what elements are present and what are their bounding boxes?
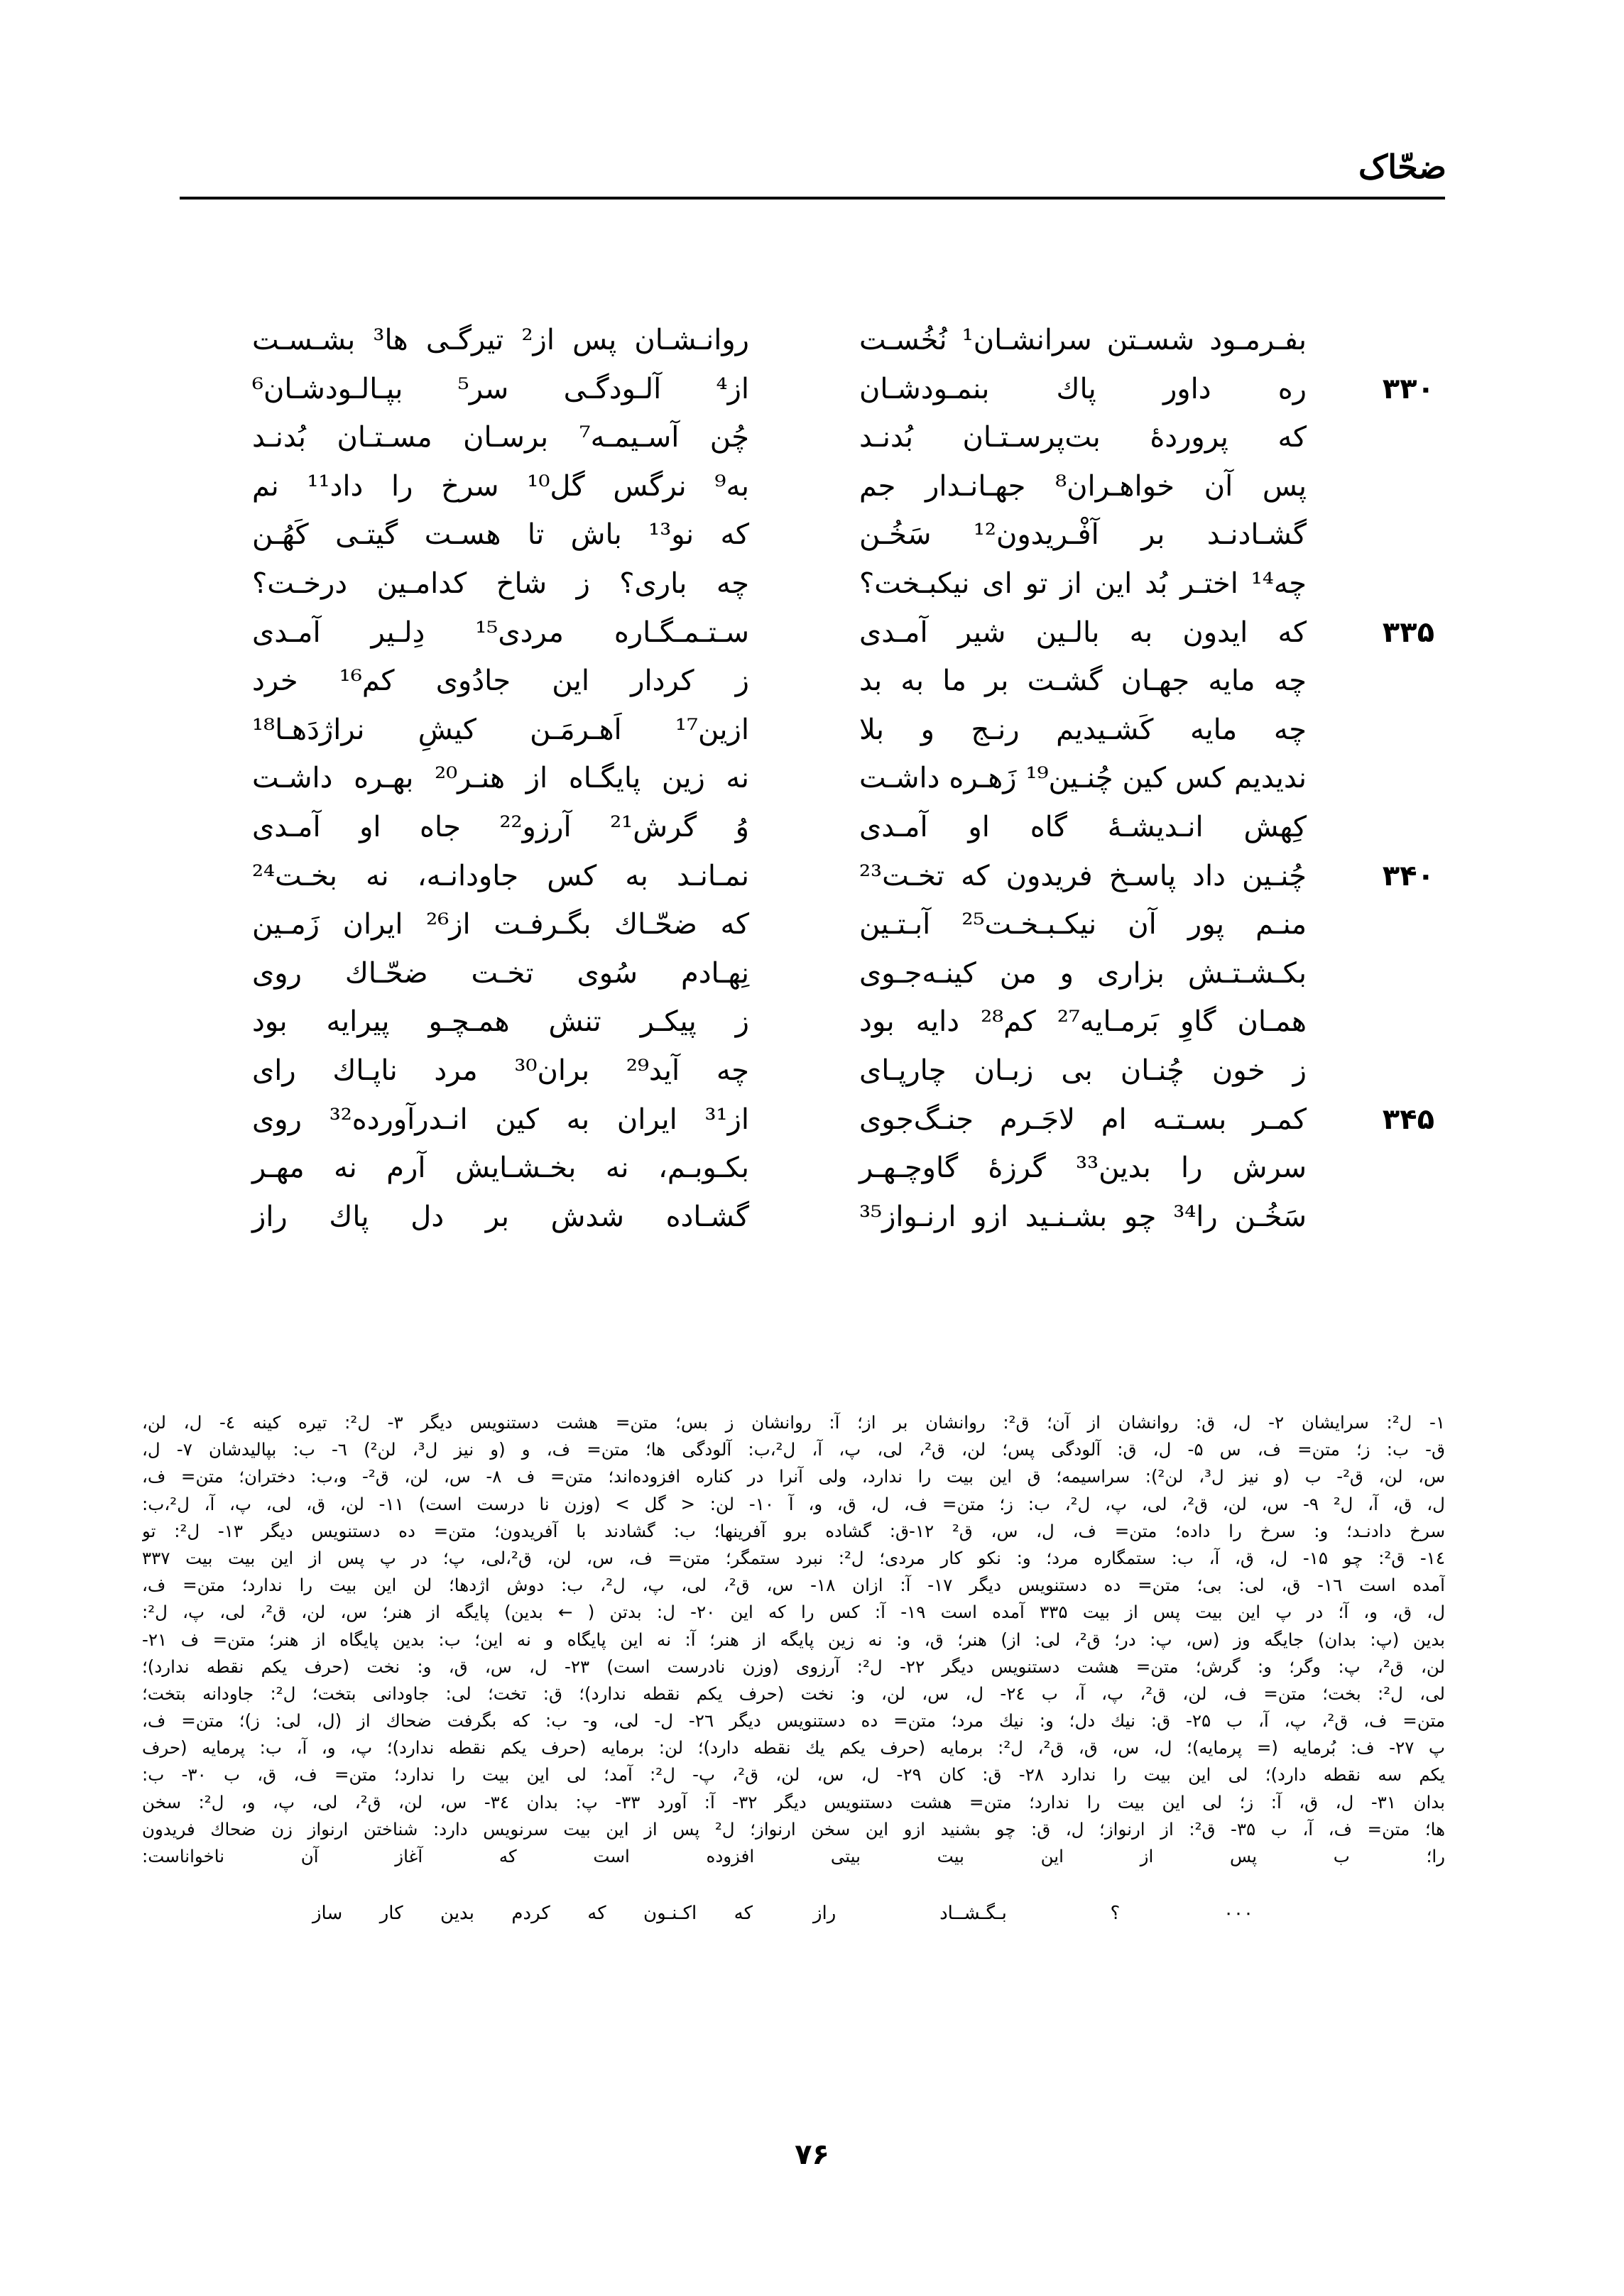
hemistich: چه¹⁴ اختـر بُد این از تو ای نیکبـخت؟ — [859, 559, 1307, 608]
hemistich: پس آن خواهـران⁸ جهـانـدار جم — [859, 462, 1307, 511]
footnote-line: ق- ب: ز؛ متن= ف، س ۵- ل، ق: آلودگی پس؛ ل… — [142, 1436, 1445, 1463]
footnote-line: لی، ل²: بخت؛ متن= ف، لن، ق²، پ، آ، ب ۲٤-… — [142, 1680, 1445, 1707]
footnote-line: ۱٤- ق²: چو ۱۵- ل، ق، آ، ب: ستمگاره مرد؛ … — [142, 1545, 1445, 1572]
footnote-line: ل، ق، آ، ل² ۹- س، لن، ق²، لی، پ، ل²، ب: … — [142, 1491, 1445, 1518]
hemistich: گشـادنـد بر آفْـریدون¹² سَخُـن — [859, 510, 1307, 559]
hemistich: بکـوبـم، نه بخـشـایش آرم نه مهـر — [252, 1144, 749, 1193]
hemistich: بفـرمـود شسـتن سرانشـان¹ نُخُسـت — [859, 316, 1307, 365]
hemistich: کِهش انـدیشـهٔ گاه او آمـدی — [859, 803, 1307, 852]
footnote-line — [142, 1870, 1445, 1897]
hemistich: که پروردهٔ بت‌پرسـتـان بُدنـد — [859, 413, 1307, 462]
footnote-added-verse: ۰۰۰ ؟ بـگـشــاد راز که اکـنـون که کردم ب… — [142, 1897, 1445, 1930]
footnote-line: پ ۲۷- ف: بُرمایه (= پرمایه)؛ ل، س، ق، ق²… — [142, 1734, 1445, 1761]
hemistich: ۳۴۵کمـر بسـتـه ام لاجَـرم جنـگ‌جوی — [859, 1095, 1307, 1144]
footnote-line: یکم سه نقطه دارد)؛ لی این بیت را ندارد ۲… — [142, 1761, 1445, 1788]
hemistich: همـان گاوِ بَرمـایه²⁷ کم²⁸ دایه بود — [859, 997, 1307, 1046]
running-header-title: ضحّاک — [1358, 146, 1446, 188]
page-number: ۷۶ — [0, 2138, 1624, 2171]
verse-number: ۳۴۰ — [1342, 852, 1434, 901]
verse-number: ۳۳۵ — [1342, 608, 1434, 657]
hemistich: چه مایه کَشـیدیم رنـج و بلا — [859, 706, 1307, 755]
footnote-line: آمده است ۱٦- ق، لی: بی؛ متن= ده دستنویس … — [142, 1572, 1445, 1599]
footnote-line: بدین (پ: بدان) جایگه وز (س، پ: در؛ ق²، ل… — [142, 1627, 1445, 1653]
hemistich: ۳۴۰چُنـین داد پاسـخ فریدون که تخـت²³ — [859, 852, 1307, 901]
hemistich: ۳۳۵که ایدون به بالـین شیر آمـدی — [859, 608, 1307, 657]
hemistich: ۳۳۰ره داور پاك بنمـودشـان — [859, 365, 1307, 414]
verse-column-left: روانـشـان پس از² تیرگـی ها³ بشـسـت از⁴ آ… — [252, 316, 749, 1241]
footnote-line: ۱- ل²: سرایشان ۲- ل، ق: روانشان از آن؛ ق… — [142, 1409, 1445, 1436]
hemistich: وُ گرش²¹ آرزو²² جاه او آمـدی — [252, 803, 749, 852]
hemistich: نه زین پایگـاه از هنـر²⁰ بهـره داشـت — [252, 754, 749, 803]
hemistich: نِهـادم سُوی تخـت ضحّـاك روی — [252, 949, 749, 998]
verse-number: ۳۳۰ — [1342, 365, 1434, 414]
hemistich: ندیدیم کس کین چُنـین¹⁹ زَهـره داشـت — [859, 754, 1307, 803]
header-rule — [180, 197, 1445, 199]
added-verse-second-hemistich: که اکـنـون که کردم بدین کار ساز — [312, 1897, 753, 1930]
footnote-line: متن= ف، ق²، پ، آ، ب ۲۵- ق: نیك دل؛ و: نی… — [142, 1707, 1445, 1734]
footnote-line: لن، ق²، پ: وگر؛ و: گرش؛ متن= هشت دستنویس… — [142, 1653, 1445, 1680]
book-page: ضحّاک بفـرمـود شسـتن سرانشـان¹ نُخُسـت ۳… — [0, 0, 1624, 2296]
hemistich: سَخُـن را³⁴ چو بشـنـید ازو ارنـواز³⁵ — [859, 1193, 1307, 1242]
footnote-line: را؛ ب پس از این بیت بیتی افزوده است که آ… — [142, 1843, 1445, 1870]
hemistich: نمـانـد به کس جاودانـه، نه بخـت²⁴ — [252, 852, 749, 901]
hemistich: چه باری؟ ز شاخ کدامـین درخـت؟ — [252, 559, 749, 608]
footnote-line: سرخ دادنـد؛ و: سرخ را داده؛ متن= ف، ل، س… — [142, 1518, 1445, 1545]
hemistich: بکـشـتـش بزاری و من کینـه‌جـوی — [859, 949, 1307, 998]
hemistich: که ضحّـاك بگـرفـت از²⁶ ایران زَمـین — [252, 900, 749, 949]
hemistich: به⁹ نرگس گل¹⁰ سرخ را داد¹¹ نم — [252, 462, 749, 511]
verse-column-right: بفـرمـود شسـتن سرانشـان¹ نُخُسـت ۳۳۰ره د… — [859, 316, 1307, 1241]
hemistich: ز خون چُنـان بی زبـان چارپـای — [859, 1046, 1307, 1095]
hemistich: ز کردار این جادُوی کم¹⁶ خرد — [252, 657, 749, 706]
verse-number: ۳۴۵ — [1342, 1095, 1434, 1144]
footnote-line: ل، ق، و، آ؛ در پ این بیت پس از بیت ۳۳۵ آ… — [142, 1599, 1445, 1626]
footnote-line: بدان ۳۱- ل، ق، آ: ز؛ لی این بیت را ندارد… — [142, 1789, 1445, 1816]
hemistich: منـم پور آن نیکـبـخـت²⁵ آبـتـین — [859, 900, 1307, 949]
footnote-line: س، لن، ق²- ب (و نیز ل³، لن²): سراسیمه؛ ق… — [142, 1463, 1445, 1490]
added-verse-first-hemistich: ۰۰۰ ؟ بـگـشــاد راز — [813, 1897, 1253, 1930]
hemistich: چه مایه جهـان گشـت بر ما به بد — [859, 657, 1307, 706]
hemistich: گشـاده شدش بر دل پاك راز — [252, 1193, 749, 1242]
hemistich: از³¹ ایران به کین انـدرآورده³² روی — [252, 1095, 749, 1144]
footnote-line: ها؛ متن= ف، آ، ب ۳۵- ق²: از ارنواز؛ ل، ق… — [142, 1816, 1445, 1843]
hemistich: سـتـمـگـاره مردی¹⁵ دِلـیر آمـدی — [252, 608, 749, 657]
hemistich: روانـشـان پس از² تیرگـی ها³ بشـسـت — [252, 316, 749, 365]
hemistich: سرش را بدین³³ گرزهٔ گاوچـهـر — [859, 1144, 1307, 1193]
hemistich: که نو¹³ باش تا هسـت گیتـی کَهُـن — [252, 510, 749, 559]
hemistich: چُن آسـیمـه⁷ برسـان مسـتـان بُدنـد — [252, 413, 749, 462]
hemistich: ز پیکـر تنش همـچـو پیرایه بود — [252, 997, 749, 1046]
hemistich: ازین¹⁷ اَهـرمَـن کیشِ نراژدَهـا¹⁸ — [252, 706, 749, 755]
footnotes: ۱- ل²: سرایشان ۲- ل، ق: روانشان از آن؛ ق… — [142, 1409, 1445, 1930]
hemistich: چه آید²⁹ بران³⁰ مرد ناپـاك رای — [252, 1046, 749, 1095]
hemistich: از⁴ آلـودگـی سر⁵ بپـالـودشـان⁶ — [252, 365, 749, 414]
